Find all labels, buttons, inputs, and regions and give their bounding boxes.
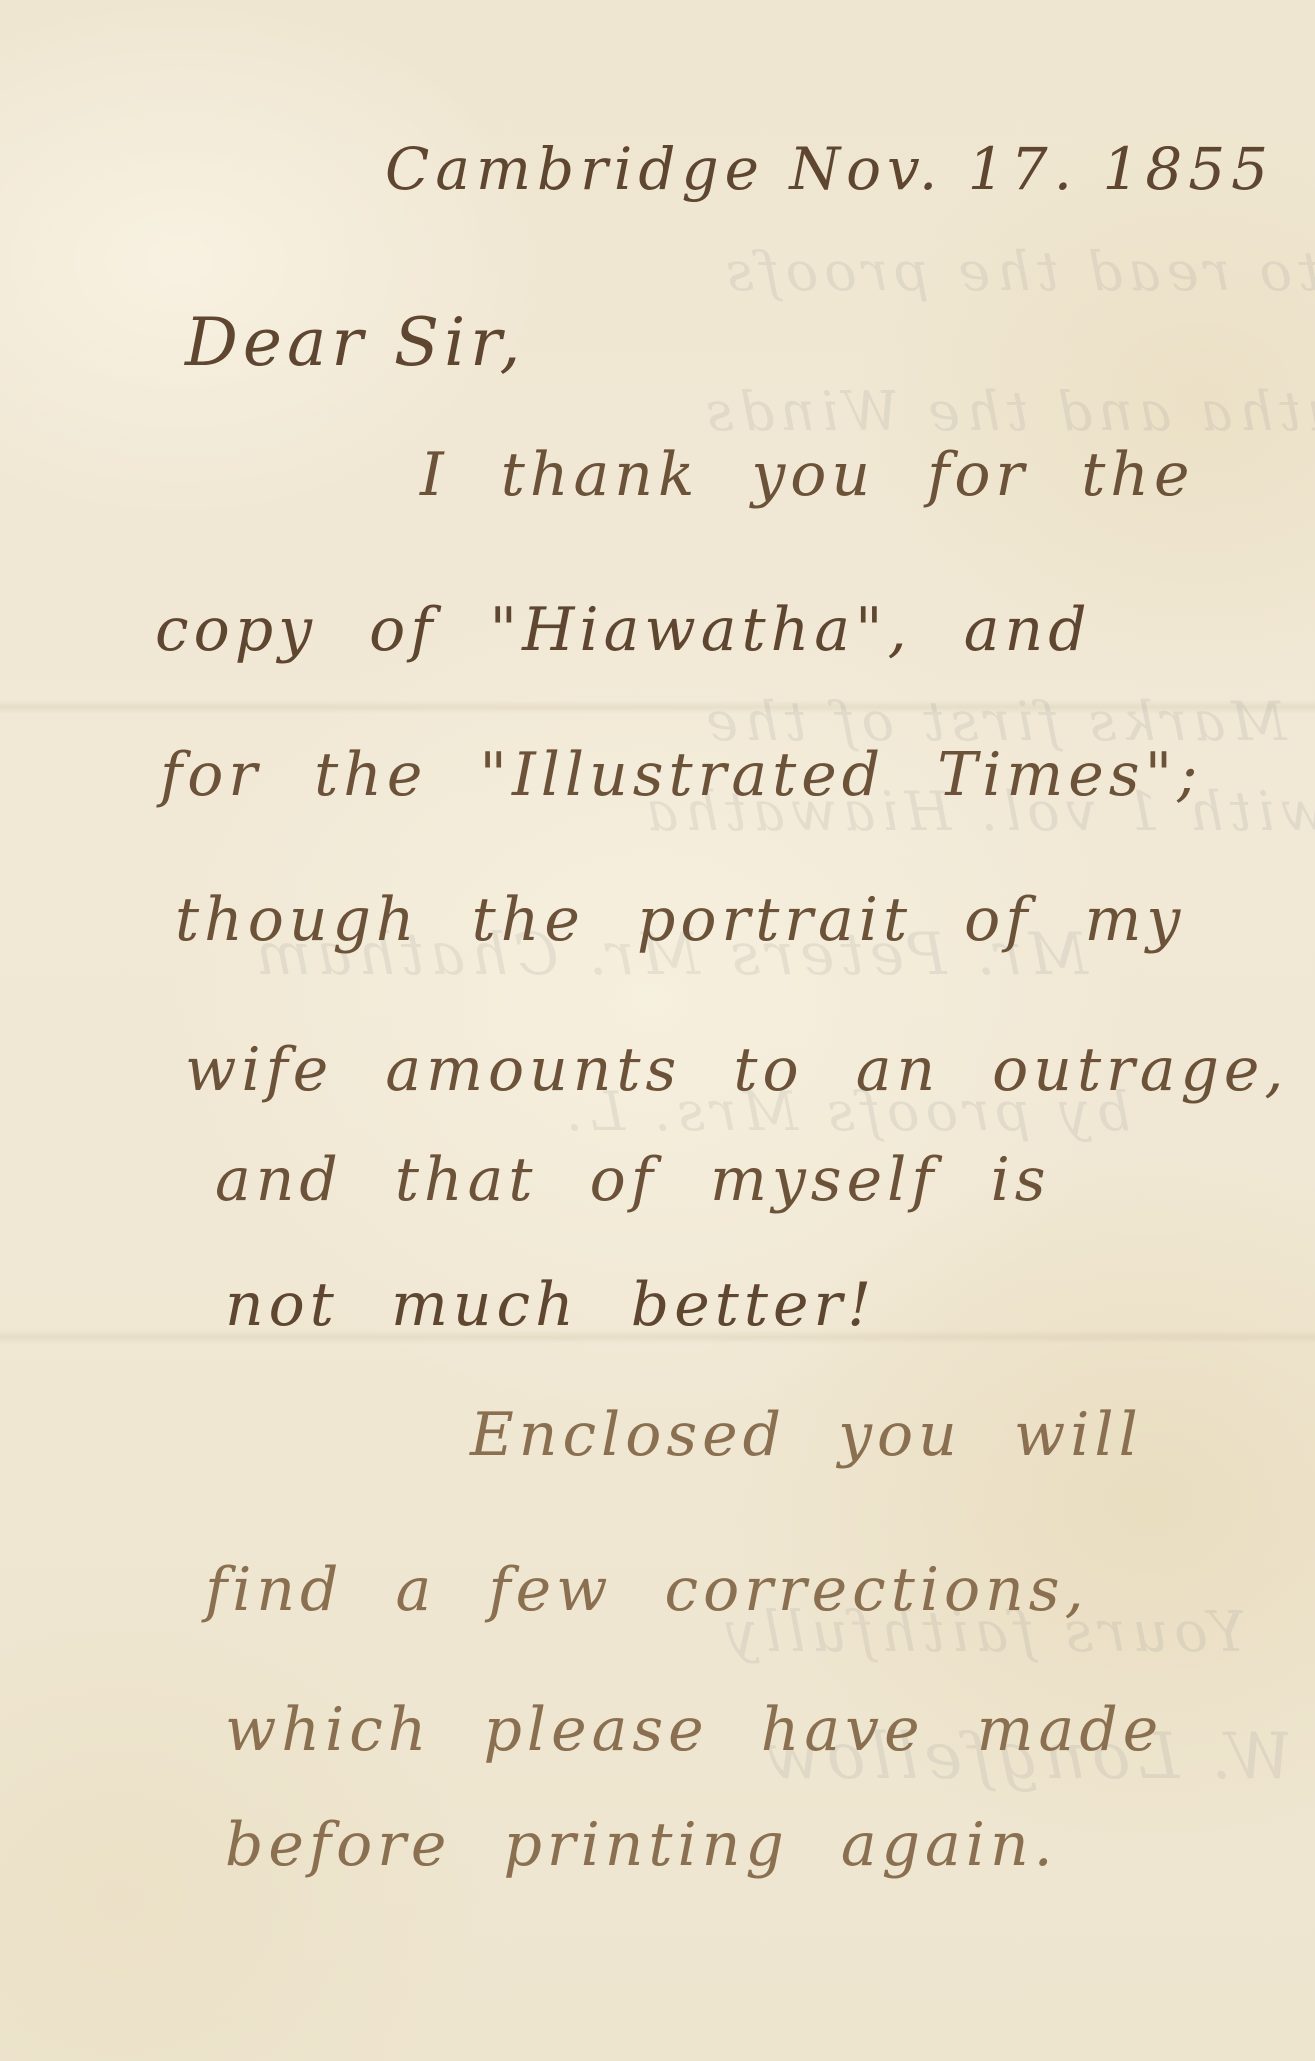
letter-line: and that of myself is [215, 1150, 1051, 1210]
letter-line: though the portrait of my [175, 890, 1185, 950]
letter-line: I thank you for the [420, 445, 1194, 505]
bleed-through-text: also to read the proofs [720, 240, 1315, 303]
letter-line: for the "Illustrated Times"; [160, 745, 1202, 805]
letter-dateline: Cambridge Nov. 17. 1855 [385, 140, 1274, 198]
letter-line: copy of "Hiawatha", and [155, 600, 1092, 660]
letter-line: Enclosed you will [470, 1405, 1143, 1465]
letter-salutation: Dear Sir, [185, 310, 525, 376]
letter-line: find a few corrections, [205, 1560, 1089, 1620]
letter-line: not much better! [225, 1275, 876, 1335]
letter-line: wife amounts to an outrage, [185, 1040, 1289, 1100]
letter-line: before printing again. [225, 1815, 1058, 1875]
bleed-through-text: Hiawatha and the Winds [700, 380, 1315, 443]
letter-page: also to read the proofs Hiawatha and the… [0, 0, 1315, 2061]
letter-line: which please have made [225, 1700, 1163, 1760]
